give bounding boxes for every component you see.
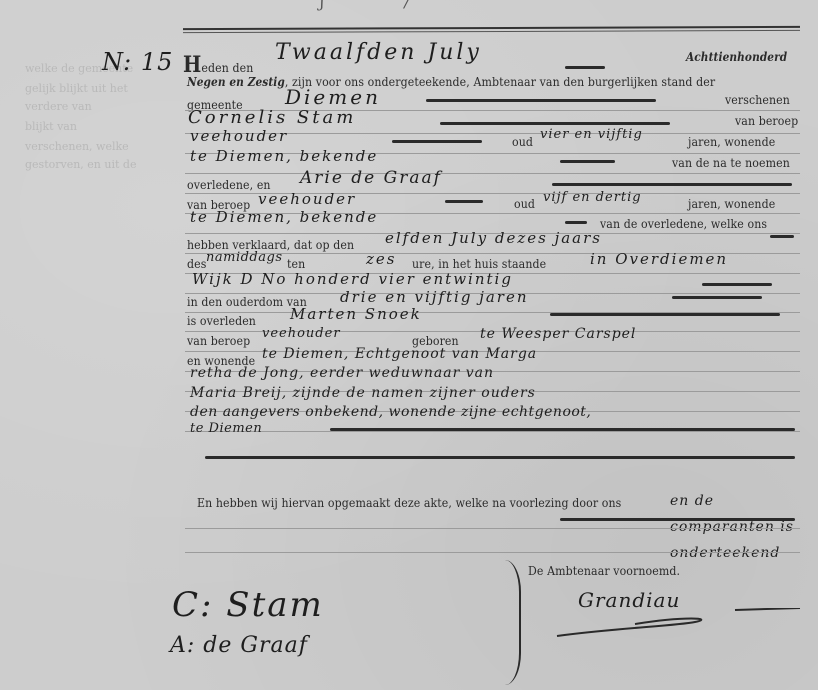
printed-ouderdom: in den ouderdom van <box>187 294 307 309</box>
fill-line <box>702 283 772 286</box>
printed-closing: En hebben wij hiervan opgemaakt deze akt… <box>197 495 621 510</box>
handwritten-age-1: vier en vijftig <box>540 127 643 142</box>
fill-line <box>330 428 795 431</box>
handwritten-age-deceased: drie en vijftig jaren <box>340 288 529 306</box>
handwritten-hour: zes <box>366 250 396 268</box>
handwritten-deceased-name: Marten Snoek <box>290 305 422 323</box>
handwritten-death-date: elfden July dezes jaars <box>385 229 602 247</box>
fill-line <box>426 99 656 102</box>
printed-ure-in-het-huis: ure, in het huis staande <box>412 256 546 271</box>
printed-oud-2: oud <box>514 196 535 211</box>
printed-official-label: De Ambtenaar voornoemd. <box>528 563 680 578</box>
signature-witness-1: C: Stam <box>172 585 324 625</box>
fill-line <box>552 183 792 186</box>
printed-van-beroep-3: van beroep <box>187 333 250 348</box>
printed-line-negen: Negen en Zestig, zijn voor ons ondergete… <box>187 74 715 89</box>
fill-line <box>205 456 795 459</box>
handwritten-declarant-1: Cornelis Stam <box>188 107 356 128</box>
fill-line <box>560 518 795 521</box>
printed-oud: oud <box>512 134 533 149</box>
handwritten-residence-deceased: te Diemen, Echtgenoot van Marga <box>262 346 537 362</box>
handwritten-occupation-2: veehouder <box>258 190 356 208</box>
fill-line <box>770 235 794 238</box>
top-ink-marks: ʃ / <box>320 0 412 11</box>
handwritten-spouse: retha de Jong, eerder weduwnaar van <box>190 365 494 381</box>
handwritten-occupation-deceased: veehouder <box>262 326 341 341</box>
handwritten-residence-1: te Diemen, bekende <box>190 147 378 165</box>
fill-line <box>445 200 483 203</box>
handwritten-birthplace: te Weesper Carspel <box>480 326 636 342</box>
printed-verschenen: verschenen <box>725 92 790 107</box>
fill-line <box>565 221 587 224</box>
header-double-rule-bottom <box>183 30 800 33</box>
handwritten-location: in Overdiemen <box>590 250 728 268</box>
ruled-line <box>185 552 800 553</box>
printed-ten: ten <box>287 256 305 271</box>
printed-des: des <box>187 256 206 271</box>
fill-line <box>672 296 762 299</box>
ruled-line <box>185 431 800 432</box>
printed-van-beroep: van beroep <box>735 113 798 128</box>
fill-line <box>550 313 780 316</box>
signature-flourish <box>555 608 805 638</box>
fill-line <box>560 160 615 163</box>
record-number: N: 15 <box>102 48 173 76</box>
handwritten-gemeente: Diemen <box>285 85 381 109</box>
handwritten-date: Twaalfden July <box>275 40 482 65</box>
printed-is-overleden: is overleden <box>187 313 256 328</box>
fill-line <box>565 66 605 69</box>
printed-jaren-wonende: jaren, wonende <box>688 134 775 149</box>
handwritten-parents-note: den aangevers onbekend, wonende zijne ec… <box>190 404 591 420</box>
ruled-line <box>185 173 800 174</box>
handwritten-previous-spouse: Maria Breij, zijnde de namen zijner oude… <box>190 385 536 401</box>
handwritten-address: Wijk D No honderd vier entwintig <box>192 270 513 288</box>
handwritten-declarant-2: Arie de Graaf <box>300 168 442 188</box>
signature-brace <box>505 560 521 685</box>
fill-line <box>440 122 670 125</box>
signature-witness-2: A: de Graaf <box>170 633 308 658</box>
handwritten-spouse-residence: te Diemen <box>190 421 262 436</box>
printed-van-de-overledene: van de overledene, welke ons <box>600 216 767 231</box>
handwritten-age-2: vijf en dertig <box>543 190 642 205</box>
printed-jaren-wonende-2: jaren, wonende <box>688 196 775 211</box>
fill-line <box>392 140 482 143</box>
handwritten-residence-2: te Diemen, bekende <box>190 208 378 226</box>
ruled-line <box>185 528 800 529</box>
handwritten-occupation-1: veehouder <box>190 127 288 145</box>
printed-van-de-na: van de na te noemen <box>672 155 790 170</box>
handwritten-closing: en de comparanten is onderteekend <box>670 488 810 566</box>
handwritten-time-of-day: namiddags <box>206 250 283 265</box>
printed-achttienhonderd: Achttienhonderd <box>686 50 787 64</box>
